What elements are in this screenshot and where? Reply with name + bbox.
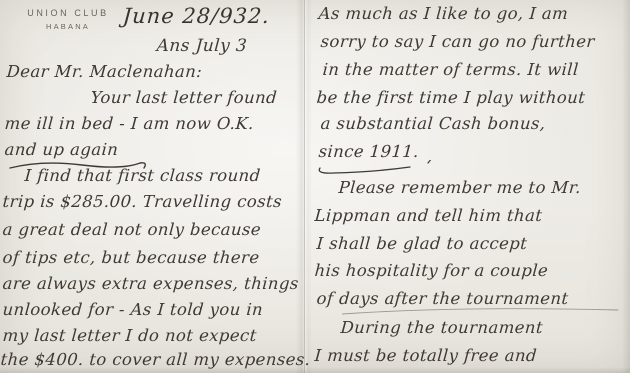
handwritten-line: I find that first class round <box>24 166 261 185</box>
handwritten-line: trip is $285.00. Travelling costs <box>2 192 283 211</box>
handwritten-line: are always extra expenses, things <box>2 274 299 293</box>
right-page: As much as I like to go, I am sorry to s… <box>312 0 630 373</box>
handwritten-line: Please remember me to Mr. <box>338 178 582 197</box>
handwritten-line: and up again <box>4 140 119 159</box>
handwritten-line: his hospitality for a couple <box>314 261 549 280</box>
flourish-underline-arrow <box>314 160 454 178</box>
handwritten-line: As much as I like to go, I am <box>318 4 569 23</box>
handwritten-line: I shall be glad to accept <box>316 234 528 253</box>
handwritten-line: unlooked for - As I told you in <box>2 300 264 319</box>
handwritten-line: During the tournament <box>340 318 544 337</box>
left-page: Dear Mr. Maclenahan: Your last letter fo… <box>0 0 305 373</box>
handwritten-line: the $400. to cover all my expenses. <box>0 350 311 369</box>
handwritten-line: in the matter of terms. It will <box>322 60 579 79</box>
handwritten-line: my last letter I do not expect <box>2 326 257 345</box>
handwritten-line: Lippman and tell him that <box>314 206 543 225</box>
handwritten-line: be the first time I play without <box>316 88 586 107</box>
handwritten-letter-scan: UNION CLUB HABANA June 28/932. Ans July … <box>0 0 630 373</box>
handwritten-line: of days after the tournament <box>316 289 569 308</box>
handwritten-line-underlined: since 1911. <box>318 142 420 161</box>
handwritten-line: of tips etc, but because there <box>2 248 260 267</box>
handwritten-line: a great deal not only because <box>2 220 262 239</box>
handwritten-line: me ill in bed - I am now O.K. <box>4 114 255 133</box>
handwritten-line: a substantial Cash bonus, <box>320 114 546 133</box>
salutation-line: Dear Mr. Maclenahan: <box>6 62 203 81</box>
handwritten-line: Your last letter found <box>90 88 278 107</box>
handwritten-line: sorry to say I can go no further <box>320 32 595 51</box>
handwritten-line: I must be totally free and <box>314 346 538 365</box>
